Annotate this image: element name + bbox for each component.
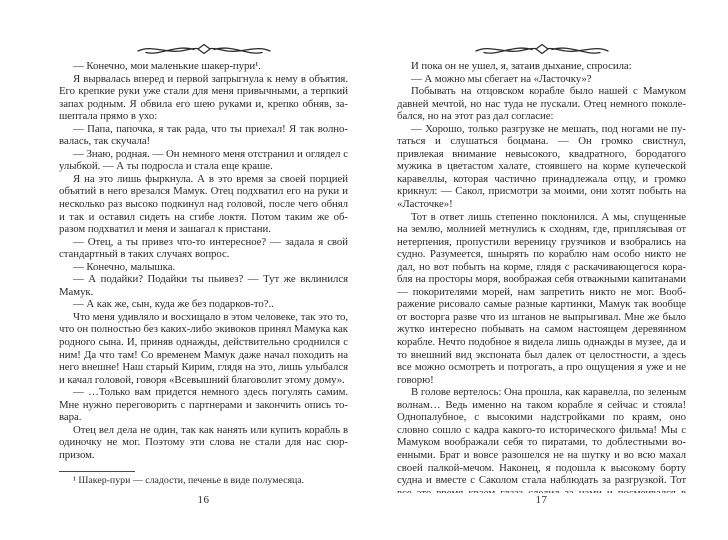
paragraph: — Отец, а ты привез что-то интересное? —… [59,236,348,261]
flourish-divider-icon [134,41,274,62]
paragraph: — Конечно, мои маленькие шакер-пури¹. [59,60,348,73]
paragraph: И пока он не ушел, я, затаив дыхание, сп… [397,60,686,73]
page-number-right: 17 [397,494,686,506]
paragraph: Я на это лишь фыркнула. А в это время за… [59,173,348,236]
paragraph: Отец вел дела не один, так как нанять ил… [59,424,348,462]
paragraph: — Папа, папочка, я так рада, что ты прие… [59,123,348,148]
right-page: И пока он не ушел, я, затаив дыхание, сп… [397,0,686,540]
paragraph: — А подайки? Подайки ты пьивез? — Тут же… [59,273,348,298]
paragraph: Я вырвалась вперед и первой запрыгнула к… [59,73,348,123]
page-number-left: 16 [59,494,348,506]
left-page-text: — Конечно, мои маленькие шакер-пури¹.Я в… [59,60,348,469]
paragraph: — А как же, сын, куда же без подарков-то… [59,298,348,311]
flourish-divider-icon [472,41,612,62]
paragraph: — Конечно, малышка. [59,261,348,274]
paragraph: Тот в ответ лишь степенно поклонился. А … [397,211,686,387]
footnote: ¹ Шакер-пури — сладости, печенье в виде … [59,475,348,487]
footnote-rule [59,471,135,472]
paragraph: — Хорошо, только разгрузке не мешать, по… [397,123,686,211]
left-page: — Конечно, мои маленькие шакер-пури¹.Я в… [59,0,348,540]
paragraph: Побывать на отцовском корабле было нашей… [397,85,686,123]
book-spread: — Конечно, мои маленькие шакер-пури¹.Я в… [0,0,728,540]
right-page-text: И пока он не ушел, я, затаив дыхание, сп… [397,60,686,493]
paragraph: — …Только вам придется немного здесь пог… [59,386,348,424]
paragraph: — Знаю, родная. — Он немного меня отстра… [59,148,348,173]
paragraph: В голове вертелось: Она прошла, как кара… [397,386,686,493]
paragraph: Что меня удивляло и восхищало в этом чел… [59,311,348,386]
paragraph: — А можно мы сбегает на «Ласточку»? [397,73,686,86]
